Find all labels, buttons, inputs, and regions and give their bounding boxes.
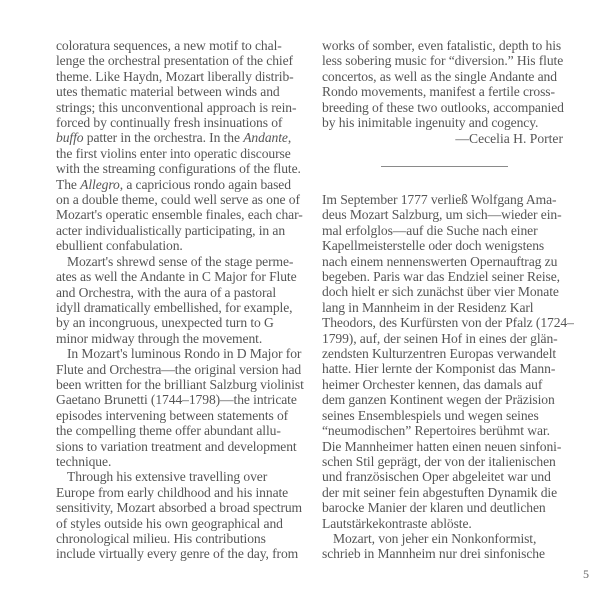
text-line: nach einem nennenswerten Opernauftrag zu xyxy=(322,254,564,269)
paragraph-start-line: Mozart, von jeher ein Nonkonformist, xyxy=(322,531,564,546)
text-line: breeding of these two outlooks, accompan… xyxy=(322,100,564,115)
text-line: on a double theme, could well serve as o… xyxy=(56,192,300,207)
text-line: der mit seiner fein abgestuften Dynamik … xyxy=(322,485,564,500)
text-line: zendsten Kulturzentren Europas verwandel… xyxy=(322,346,564,361)
text-line: less sobering music for “diversion.” His… xyxy=(322,53,564,68)
text-line: schen Stil geprägt, der von der italieni… xyxy=(322,454,564,469)
text-line: of styles outside his own geographical a… xyxy=(56,516,300,531)
italic-term-andante: Andante xyxy=(243,130,288,145)
text-line: Gaetano Brunetti (1744–1798)—the intrica… xyxy=(56,392,300,407)
section-divider xyxy=(381,166,508,167)
text-line: lang in Mannheim in der Residenz Karl xyxy=(322,300,564,315)
text-line: theme. Like Haydn, Mozart liberally dist… xyxy=(56,69,300,84)
text-line: minor midway through the movement. xyxy=(56,331,300,346)
text-fragment: , xyxy=(288,130,291,145)
text-line: und französischen Oper abgeleitet war un… xyxy=(322,469,564,484)
text-line: ates as well the Andante in C Major for … xyxy=(56,269,300,284)
text-line: with the streaming configurations of the… xyxy=(56,161,300,176)
text-line: sions to variation treatment and develop… xyxy=(56,439,300,454)
page-number: 5 xyxy=(583,567,589,582)
text-line: begeben. Paris war das Endziel seiner Re… xyxy=(322,269,564,284)
text-line: utes thematic material between winds and xyxy=(56,84,300,99)
text-line: dem ganzen Kontinent wegen der Präzision xyxy=(322,392,564,407)
left-column: coloratura sequences, a new motif to cha… xyxy=(56,38,300,562)
text-fragment: The xyxy=(56,177,80,192)
paragraph-start-line: Through his extensive travelling over xyxy=(56,469,300,484)
text-fragment: patter in the orchestra. In the xyxy=(83,130,243,145)
text-line: Rondo movements, manifest a fertile cros… xyxy=(322,84,564,99)
text-line: Kapellmeisterstelle oder doch wenigstens xyxy=(322,238,564,253)
text-line: and Orchestra, with the aura of a pastor… xyxy=(56,285,300,300)
text-line: acter individualistically participating,… xyxy=(56,223,300,238)
text-line: technique. xyxy=(56,454,300,469)
text-line: idyll dramatically embellished, for exam… xyxy=(56,300,300,315)
text-line: Mozart's operatic ensemble finales, each… xyxy=(56,207,300,222)
text-line: heimer Orchester kennen, das damals auf xyxy=(322,377,564,392)
paragraph-start-line: In Mozart's luminous Rondo in D Major fo… xyxy=(56,346,300,361)
text-line: by his inimitable ingenuity and cogency. xyxy=(322,115,564,130)
text-line: forced by continually fresh insinuations… xyxy=(56,115,300,130)
text-line: Flute and Orchestra—the original version… xyxy=(56,362,300,377)
text-line: the compelling theme offer abundant allu… xyxy=(56,423,300,438)
text-line: barocke Manier der klaren und deutlichen xyxy=(322,500,564,515)
text-line: Lautstärkekontraste ablöste. xyxy=(322,516,564,531)
text-line: doch hielt er sich zunächst über vier Mo… xyxy=(322,284,564,299)
text-line: lenge the orchestral presentation of the… xyxy=(56,53,300,68)
author-attribution: —Cecelia H. Porter xyxy=(322,130,564,147)
text-line: deus Mozart Salzburg, um sich—wieder ein… xyxy=(322,207,564,222)
text-line: seines Ensemblespiels und wegen seines xyxy=(322,408,564,423)
text-line: Europe from early childhood and his inna… xyxy=(56,485,300,500)
text-line: strings; this unconventional approach is… xyxy=(56,100,300,115)
text-line: schrieb in Mannheim nur drei sinfonische xyxy=(322,546,564,561)
text-line: The Allegro, a capricious rondo again ba… xyxy=(56,177,300,192)
paragraph-start-line: Mozart's shrewd sense of the stage perme… xyxy=(56,254,300,269)
text-line: been written for the brilliant Salzburg … xyxy=(56,377,300,392)
text-line: concertos, as well as the single Andante… xyxy=(322,69,564,84)
text-line: mal erfolglos—auf die Suche nach einer xyxy=(322,223,564,238)
text-line: “neumodischen” Repertoires berühmt war. xyxy=(322,423,564,438)
text-line: Die Mannheimer hatten einen neuen sinfon… xyxy=(322,439,564,454)
italic-term-buffo: buffo xyxy=(56,130,83,145)
text-line: chronological milieu. His contributions xyxy=(56,531,300,546)
text-line: ebullient confabulation. xyxy=(56,238,300,253)
booklet-page: coloratura sequences, a new motif to cha… xyxy=(0,0,597,599)
text-line: the first violins enter into operatic di… xyxy=(56,146,300,161)
text-line: by an incongruous, unexpected turn to G xyxy=(56,315,300,330)
text-line: coloratura sequences, a new motif to cha… xyxy=(56,38,300,53)
italic-term-allegro: Allegro xyxy=(80,177,120,192)
text-line: episodes intervening between statements … xyxy=(56,408,300,423)
right-column-german: Im September 1777 verließ Wolfgang Ama- … xyxy=(322,192,564,562)
text-line: buffo patter in the orchestra. In the An… xyxy=(56,130,300,145)
text-fragment: , a capricious rondo again based xyxy=(120,177,291,192)
text-line: Theodors, des Kurfürsten von der Pfalz (… xyxy=(322,315,564,330)
text-line: works of somber, even fatalistic, depth … xyxy=(322,38,564,53)
text-line: include virtually every genre of the day… xyxy=(56,546,300,561)
text-line: hatte. Hier lernte der Komponist das Man… xyxy=(322,361,564,376)
text-line: Im September 1777 verließ Wolfgang Ama- xyxy=(322,192,564,207)
right-column-english: works of somber, even fatalistic, depth … xyxy=(322,38,564,147)
text-line: 1799), auf, der seinen Hof in eines der … xyxy=(322,331,564,346)
text-line: sensitivity, Mozart absorbed a broad spe… xyxy=(56,500,300,515)
